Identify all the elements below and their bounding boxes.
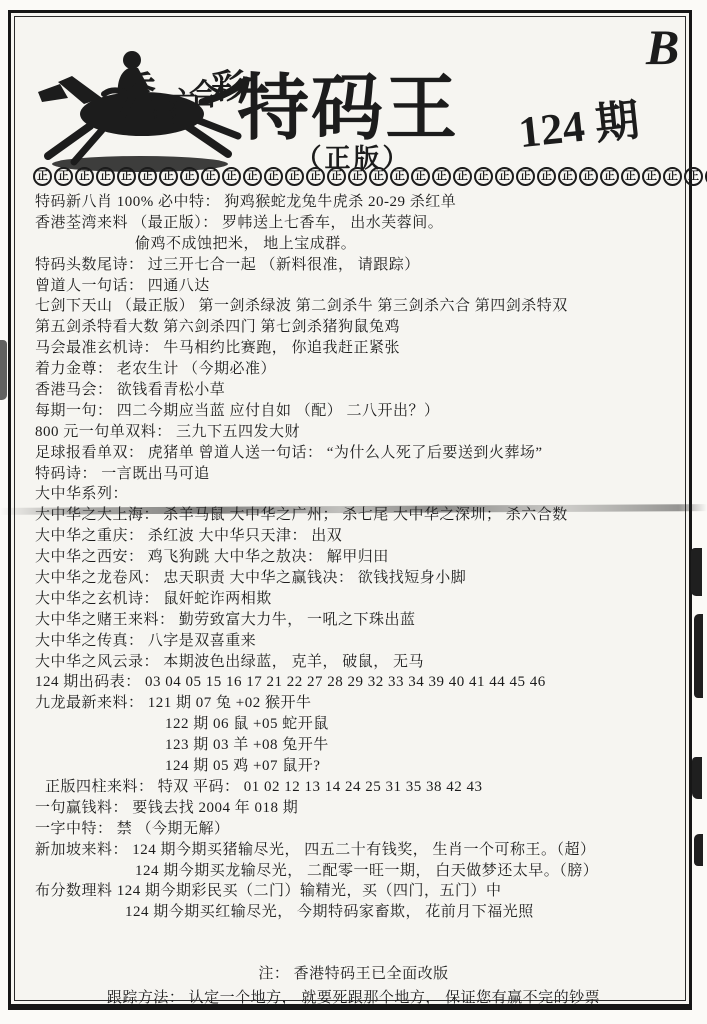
seal-icon: 正 [138, 167, 157, 186]
seal-icon: 正 [642, 167, 661, 186]
text-line: 大中华之风云录： 本期波色出绿蓝， 克羊， 破鼠， 无马 [35, 652, 685, 673]
seal-icon: 正 [264, 167, 283, 186]
text-line: 大中华之传真： 八字是双喜重来 [35, 631, 685, 652]
text-line: 九龙最新来料： 121 期 07 兔 +02 猴开牛 [35, 693, 685, 714]
seal-icon: 正 [390, 167, 409, 186]
text-line: 一句赢钱料： 要钱去找 2004 年 018 期 [35, 798, 685, 819]
text-line: 足球报看单双： 虎猪单 曾道人送一句话： “为什么人死了后要送到火葬场” [35, 443, 685, 464]
text-line: 七剑下天山 （最正版） 第一剑杀绿波 第二剑杀牛 第三剑杀六合 第四剑杀特双 [35, 296, 685, 317]
seal-icon: 正 [159, 167, 178, 186]
seal-icon: 正 [180, 167, 199, 186]
seal-icon: 正 [222, 167, 241, 186]
edition-letter: B [646, 18, 679, 76]
text-line: 大中华之西安： 鸡飞狗跳 大中华之敖决： 解甲归田 [35, 547, 685, 568]
seal-icon: 正 [201, 167, 220, 186]
seal-icon: 正 [663, 167, 682, 186]
seal-icon: 正 [369, 167, 388, 186]
text-line: 曾道人一句话： 四通八达 [35, 276, 685, 297]
seal-icon: 正 [558, 167, 577, 186]
text-line: 大中华之龙卷风： 忠天职责 大中华之赢钱决： 欲钱找短身小脚 [35, 568, 685, 589]
seal-icon: 正 [453, 167, 472, 186]
text-line: 124 期 05 鸡 +07 鼠开? [35, 756, 685, 777]
seal-icon: 正 [600, 167, 619, 186]
seal-icon: 正 [621, 167, 640, 186]
text-line: 偷鸡不成蚀把米， 地上宝成群。 [35, 234, 685, 255]
body-lines: 特码新八肖 100% 必中特： 狗鸡猴蛇龙兔牛虎杀 20-29 杀红单香港荃湾来… [35, 192, 685, 923]
seal-icon: 正 [285, 167, 304, 186]
seal-icon: 正 [411, 167, 430, 186]
seal-icon: 正 [474, 167, 493, 186]
seal-icon: 正 [495, 167, 514, 186]
scan-ink-blob [0, 340, 7, 400]
text-line: 特码诗： 一言既出马可追 [35, 464, 685, 485]
seal-icon: 正 [33, 167, 52, 186]
text-line: 特码头数尾诗： 过三开七合一起 （新料很准， 请跟踪） [35, 255, 685, 276]
text-line: 布分数理料 124 期今期彩民买（二门）输精光，买（四门，五门）中 [35, 881, 685, 902]
seal-icon: 正 [306, 167, 325, 186]
text-line: 马会最准玄机诗： 牛马相约比赛跑， 你追我赶正紧张 [35, 338, 685, 359]
seal-icon: 正 [75, 167, 94, 186]
scan-ink-blob [691, 548, 702, 596]
text-line: 每期一句： 四二今期应当蓝 应付自如 （配） 二八开出？） [35, 401, 685, 422]
text-line: 正版四柱来料： 特双 平码： 01 02 12 13 14 24 25 31 3… [35, 777, 685, 798]
seal-icon: 正 [537, 167, 556, 186]
text-line: 香港荃湾来料 （最正版）： 罗帏送上七香车， 出水芙蓉间。 [35, 213, 685, 234]
seal-icon: 正 [684, 167, 703, 186]
text-line: 124 期今期买龙输尽光， 二配零一旺一期， 白天做梦还太早。（膀） [35, 861, 685, 882]
text-line: 新加坡来料： 124 期今期买猪输尽光， 四五二十有钱奖， 生肖一个可称王。（超… [35, 840, 685, 861]
text-line: 800 元一句单双料： 三九下五四发大财 [35, 422, 685, 443]
footer-method: 跟踪方法： 认定一个地方， 就要死跟那个地方， 保证您有赢不完的钞票 [0, 986, 707, 1007]
seal-row: 正正正正正正正正正正正正正正正正正正正正正正正正正正正正正正正正正 [33, 167, 673, 186]
text-line: 大中华系列： [35, 484, 685, 505]
seal-icon: 正 [117, 167, 136, 186]
seal-icon: 正 [327, 167, 346, 186]
text-line: 122 期 06 鼠 +05 蛇开鼠 [35, 714, 685, 735]
text-line: 大中华之玄机诗： 鼠奸蛇诈两相欺 [35, 589, 685, 610]
text-line: 特码新八肖 100% 必中特： 狗鸡猴蛇龙兔牛虎杀 20-29 杀红单 [35, 192, 685, 213]
text-line: 124 期今期买红输尽光， 今期特码家畜欺， 花前月下福光照 [35, 902, 685, 923]
text-line: 大中华之重庆： 杀红波 大中华只天津： 出双 [35, 526, 685, 547]
text-line: 一字中特： 禁 （今期无解） [35, 819, 685, 840]
scan-ink-blob [694, 614, 703, 698]
seal-icon: 正 [432, 167, 451, 186]
text-line: 大中华之赌王来料： 勤劳致富大力牛， 一吼之下珠出蓝 [35, 610, 685, 631]
footer-note: 注： 香港特码王已全面改版 [0, 962, 707, 983]
text-line: 123 期 03 羊 +08 兔开牛 [35, 735, 685, 756]
text-line: 着力金尊： 老农生计 （今期必准） [35, 359, 685, 380]
scanned-lottery-sheet: { "header": { "edition_letter": "B", "ti… [0, 0, 707, 1024]
seal-icon: 正 [54, 167, 73, 186]
scan-ink-blob [692, 757, 702, 799]
text-line: 第五剑杀特看大数 第六剑杀四门 第七剑杀猪狗鼠兔鸡 [35, 317, 685, 338]
text-line: 大中华之大上海： 杀羊马鼠 大中华之广州； 杀七尾 大中华之深圳； 杀六合数 [35, 505, 685, 526]
seal-icon: 正 [348, 167, 367, 186]
seal-icon: 正 [579, 167, 598, 186]
seal-icon: 正 [96, 167, 115, 186]
text-line: 香港马会： 欲钱看青松小草 [35, 380, 685, 401]
text-line: 124 期出码表： 03 04 05 15 16 17 21 22 27 28 … [35, 672, 685, 693]
scan-ink-blob [694, 834, 703, 866]
seal-icon: 正 [243, 167, 262, 186]
seal-icon: 正 [516, 167, 535, 186]
